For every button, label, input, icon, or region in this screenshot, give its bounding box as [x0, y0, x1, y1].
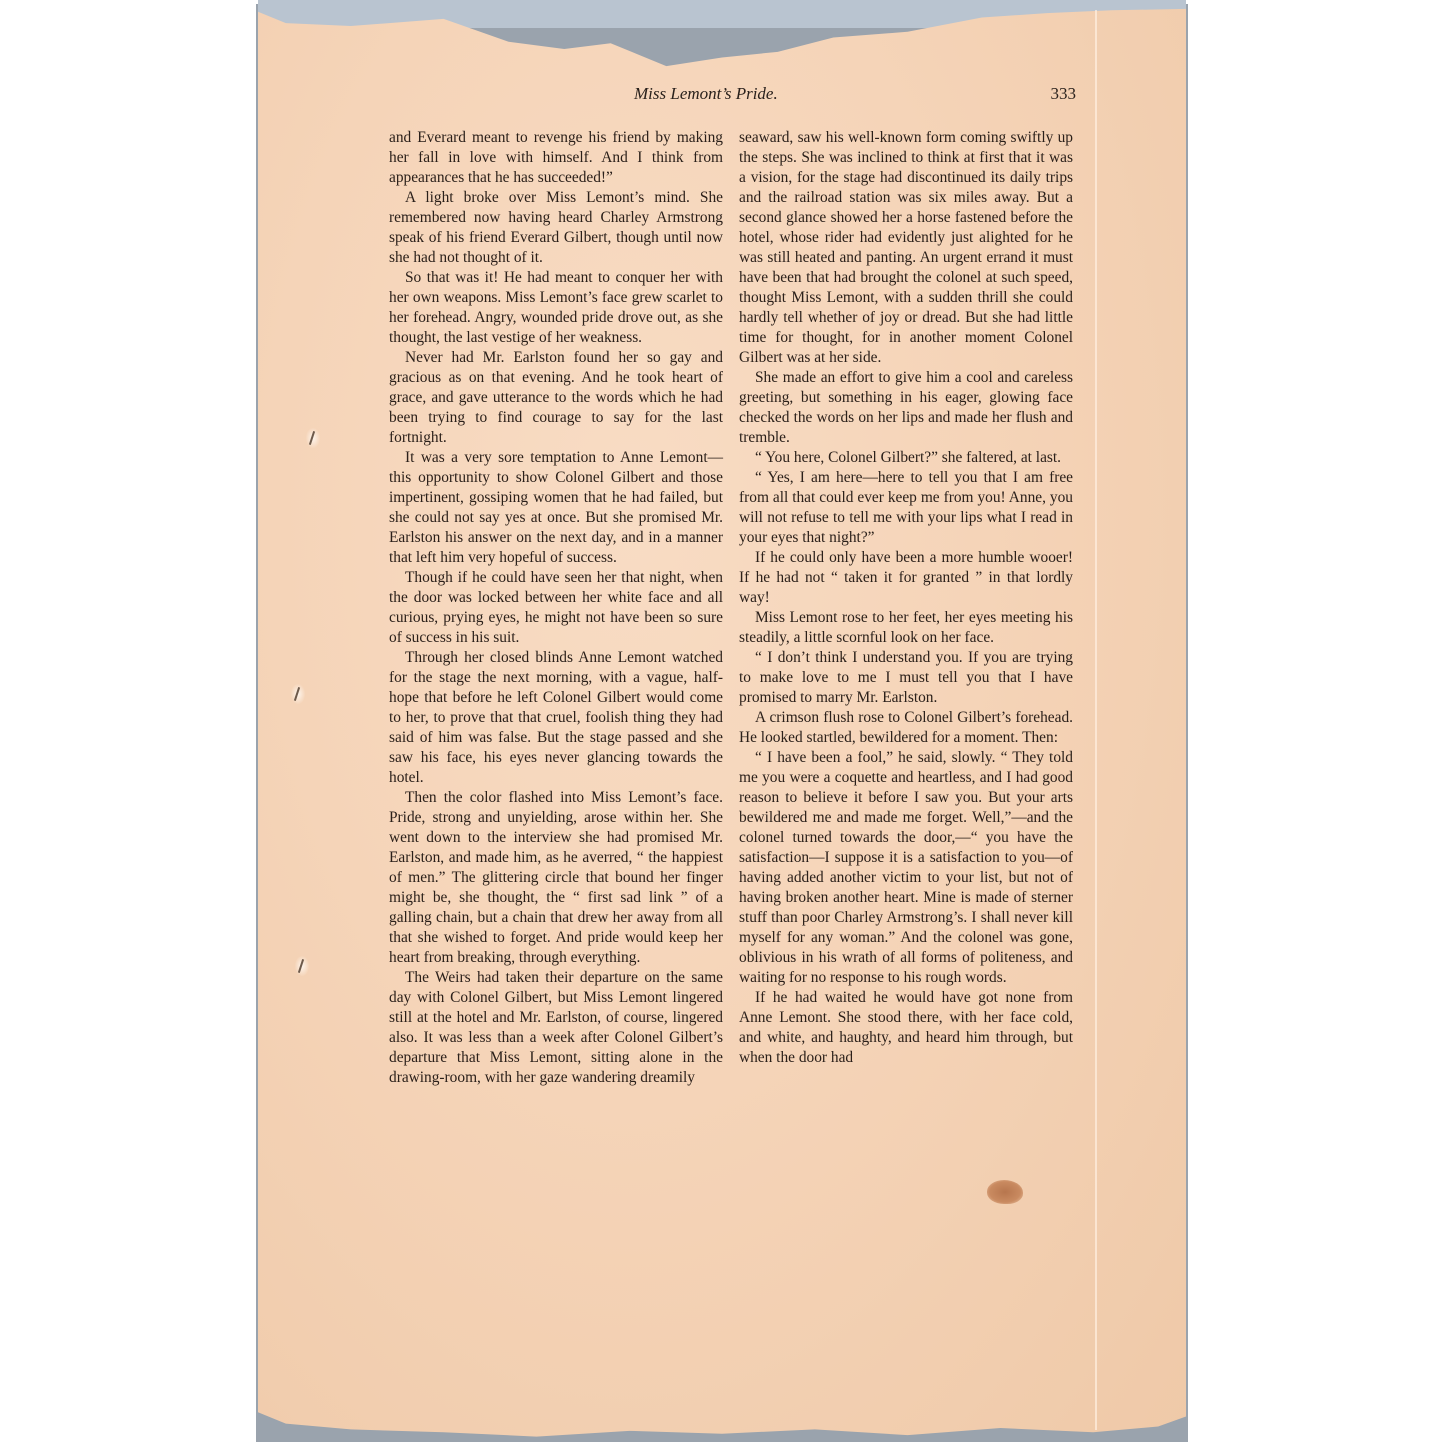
paragraph: Though if he could have seen her that ni…	[389, 568, 723, 648]
text-column-left: and Everard meant to revenge his friend …	[389, 128, 723, 1088]
running-title: Miss Lemont’s Pride.	[634, 84, 778, 104]
paragraph: If he had waited he would have got none …	[739, 988, 1073, 1068]
running-head: Miss Lemont’s Pride. 333	[382, 84, 1082, 108]
paragraph: Through her closed blinds Anne Lemont wa…	[389, 648, 723, 788]
paragraph: Then the color flashed into Miss Lemont’…	[389, 788, 723, 968]
paragraph: The Weirs had taken their departure on t…	[389, 968, 723, 1088]
binding-hole	[291, 684, 305, 704]
page-number: 333	[1051, 84, 1077, 104]
paragraph: A light broke over Miss Lemont’s mind. S…	[389, 188, 723, 268]
paragraph: So that was it! He had meant to conquer …	[389, 268, 723, 348]
paragraph: and Everard meant to revenge his friend …	[389, 128, 723, 188]
paragraph: She made an effort to give him a cool an…	[739, 368, 1073, 448]
paragraph: It was a very sore temptation to Anne Le…	[389, 448, 723, 568]
binding-hole	[306, 428, 320, 448]
paragraph: “ I don’t think I understand you. If you…	[739, 648, 1073, 708]
paragraph: Never had Mr. Earlston found her so gay …	[389, 348, 723, 448]
paragraph: “ I have been a fool,” he said, slowly. …	[739, 748, 1073, 988]
paragraph: A crimson flush rose to Colonel Gilbert’…	[739, 708, 1073, 748]
paragraph: “ Yes, I am here—here to tell you that I…	[739, 468, 1073, 548]
paragraph: “ You here, Colonel Gilbert?” she falter…	[739, 448, 1073, 468]
paragraph: seaward, saw his well-known form coming …	[739, 128, 1073, 368]
fold-crease	[1095, 10, 1097, 1430]
text-column-right: seaward, saw his well-known form coming …	[739, 128, 1073, 1068]
paragraph: Miss Lemont rose to her feet, her eyes m…	[739, 608, 1073, 648]
binding-hole	[295, 956, 309, 976]
paper-stain	[987, 1180, 1023, 1204]
paragraph: If he could only have been a more humble…	[739, 548, 1073, 608]
